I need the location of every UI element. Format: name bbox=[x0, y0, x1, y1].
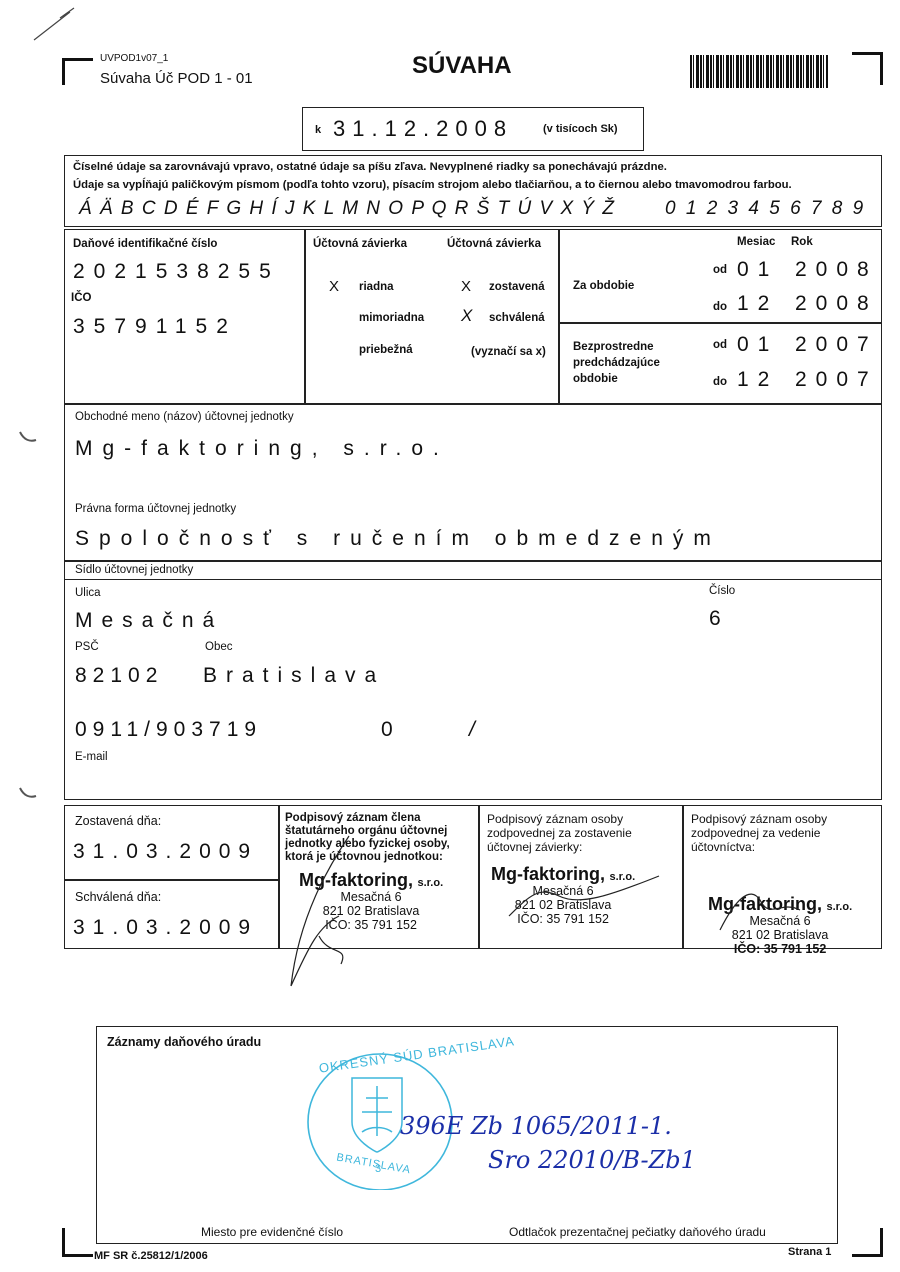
handwritten-signature bbox=[479, 866, 679, 926]
form-code: UVPOD1v07_1 bbox=[100, 53, 168, 64]
fax-value[interactable]: 0 bbox=[381, 718, 402, 742]
previous-to-year: 2007 bbox=[795, 368, 878, 392]
entity-name-value[interactable]: Mg-faktoring, s.r.o. bbox=[75, 437, 449, 461]
previous-period-box: Bezprostredne predchádzajúce obdobie od … bbox=[558, 322, 882, 404]
number-value[interactable]: 6 bbox=[709, 607, 730, 631]
address-section-label: Sídlo účtovnej jednotky bbox=[75, 564, 193, 576]
corner-mark-bottom-left bbox=[62, 1228, 93, 1257]
currency-unit: (v tisícoch Sk) bbox=[543, 123, 618, 135]
option-priebezna: priebežná bbox=[359, 344, 413, 356]
previous-from-year: 2007 bbox=[795, 333, 878, 357]
previous-from-prefix: od bbox=[713, 339, 727, 351]
dic-label: Daňové identifikačné číslo bbox=[73, 238, 217, 250]
previous-to-prefix: do bbox=[713, 376, 727, 388]
ico-value: 35791152 bbox=[73, 315, 237, 339]
option-schvalena: schválená bbox=[489, 312, 545, 324]
option-riadna: riadna bbox=[359, 281, 394, 293]
compiled-value[interactable]: 31.03.2009 bbox=[73, 840, 258, 864]
corner-mark-top-right bbox=[852, 52, 883, 85]
current-period-box: Mesiac Rok Za obdobie od 01 2008 do 12 2… bbox=[558, 229, 882, 324]
tax-office-label: Záznamy daňového úradu bbox=[107, 1035, 261, 1049]
date-prefix: k bbox=[315, 124, 321, 136]
compiler-label: Podpisový záznam osoby zodpovednej za zo… bbox=[487, 812, 677, 854]
approved-label: Schválená dňa: bbox=[75, 890, 161, 904]
address-box: Sídlo účtovnej jednotky Ulica Mesačná Čí… bbox=[64, 560, 882, 800]
evidence-number-label: Miesto pre evidenčné číslo bbox=[201, 1225, 343, 1239]
number-label: Číslo bbox=[709, 585, 735, 597]
legal-form-label: Právna forma účtovnej jednotky bbox=[75, 503, 236, 515]
street-value[interactable]: Mesačná bbox=[75, 609, 223, 633]
form-name: Súvaha Úč POD 1 - 01 bbox=[100, 70, 253, 87]
instructions-box: Číselné údaje sa zarovnávajú vpravo, ost… bbox=[64, 155, 882, 227]
handwritten-note-line-2: Sro 22010/B-Zb1 bbox=[488, 1146, 696, 1174]
month-header: Mesiac bbox=[737, 236, 775, 248]
street-label: Ulica bbox=[75, 587, 101, 599]
current-from-month: 01 bbox=[737, 258, 778, 282]
approved-date-box: Schválená dňa: 31.03.2009 bbox=[64, 879, 280, 949]
current-to-month: 12 bbox=[737, 292, 778, 316]
year-header: Rok bbox=[791, 236, 813, 248]
statutory-signature-box: Podpisový záznam člena štatutárneho orgá… bbox=[278, 805, 480, 949]
city-label: Obec bbox=[205, 641, 233, 653]
entity-box: Obchodné meno (názov) účtovnej jednotky … bbox=[64, 404, 882, 562]
date-box: k 31.12.2008 (v tisícoch Sk) bbox=[302, 107, 644, 151]
barcode bbox=[690, 55, 828, 88]
psc-value[interactable]: 82102 bbox=[75, 664, 163, 688]
handwritten-note-line-1: 396E Zb 1065/2011-1. bbox=[400, 1112, 672, 1140]
entity-name-label: Obchodné meno (názov) účtovnej jednotky bbox=[75, 411, 294, 423]
checkbox-riadna[interactable]: X bbox=[329, 278, 339, 295]
compiler-signature-box: Podpisový záznam osoby zodpovednej za zo… bbox=[478, 805, 684, 949]
page-number: Strana 1 bbox=[788, 1246, 831, 1258]
stamp-print-label: Odtlačok prezentačnej pečiatky daňového … bbox=[509, 1225, 766, 1239]
footer-ministry-ref: MF SR č.25812/1/2006 bbox=[94, 1250, 208, 1262]
corner-mark-top-left bbox=[62, 58, 93, 85]
option-zostavena: zostavená bbox=[489, 281, 545, 293]
current-from-year: 2008 bbox=[795, 258, 878, 282]
compiled-label: Zostavená dňa: bbox=[75, 814, 161, 828]
previous-to-month: 12 bbox=[737, 368, 778, 392]
handwritten-signature bbox=[700, 880, 820, 940]
email-label: E-mail bbox=[75, 751, 108, 763]
closing-col2-header: Účtovná závierka bbox=[447, 238, 541, 250]
pen-mark bbox=[30, 4, 80, 44]
instruction-line-2: Údaje sa vypĺňajú paličkovým písmom (pod… bbox=[73, 179, 792, 191]
approved-value[interactable]: 31.03.2009 bbox=[73, 916, 258, 940]
checkbox-zostavena[interactable]: X bbox=[461, 278, 471, 295]
balance-date: 31.12.2008 bbox=[333, 116, 513, 142]
legal-form-value[interactable]: Spoločnosť s ručením obmedzeným bbox=[75, 527, 721, 551]
punch-mark bbox=[18, 786, 38, 800]
current-to-year: 2008 bbox=[795, 292, 878, 316]
current-from-prefix: od bbox=[713, 264, 727, 276]
previous-period-label: Bezprostredne predchádzajúce obdobie bbox=[573, 339, 683, 387]
identification-box: Daňové identifikačné číslo 2021538255 IČ… bbox=[64, 229, 306, 404]
sample-letters: Á Ä B C D É F G H Í J K L M N O P Q R Š … bbox=[79, 198, 615, 220]
previous-from-month: 01 bbox=[737, 333, 778, 357]
dic-value: 2021538255 bbox=[73, 260, 280, 284]
instruction-line-1: Číselné údaje sa zarovnávajú vpravo, ost… bbox=[73, 161, 667, 173]
sample-digits: 0 1 2 3 4 5 6 7 8 9 bbox=[665, 198, 866, 220]
option-mimoriadna: mimoriadna bbox=[359, 312, 424, 324]
current-to-prefix: do bbox=[713, 301, 727, 313]
corner-mark-bottom-right bbox=[852, 1228, 883, 1257]
accountant-label: Podpisový záznam osoby zodpovednej za ve… bbox=[691, 812, 876, 854]
closing-note: (vyznačí sa x) bbox=[471, 346, 546, 358]
city-value[interactable]: Bratislava bbox=[203, 664, 385, 688]
checkbox-schvalena[interactable]: X bbox=[461, 306, 472, 326]
handwritten-signature bbox=[279, 826, 479, 1016]
compiled-date-box: Zostavená dňa: 31.03.2009 bbox=[64, 805, 280, 881]
fax-slash: / bbox=[469, 718, 484, 742]
address-divider bbox=[65, 579, 881, 580]
psc-label: PSČ bbox=[75, 641, 99, 653]
current-period-label: Za obdobie bbox=[573, 280, 634, 292]
page-title: SÚVAHA bbox=[412, 52, 512, 80]
punch-mark bbox=[18, 430, 38, 444]
phone-value[interactable]: 0911/903719 bbox=[75, 718, 262, 742]
closing-type-box: Účtovná závierka Účtovná závierka X riad… bbox=[304, 229, 560, 404]
closing-col1-header: Účtovná závierka bbox=[313, 238, 407, 250]
ico-label: IČO bbox=[71, 292, 91, 304]
